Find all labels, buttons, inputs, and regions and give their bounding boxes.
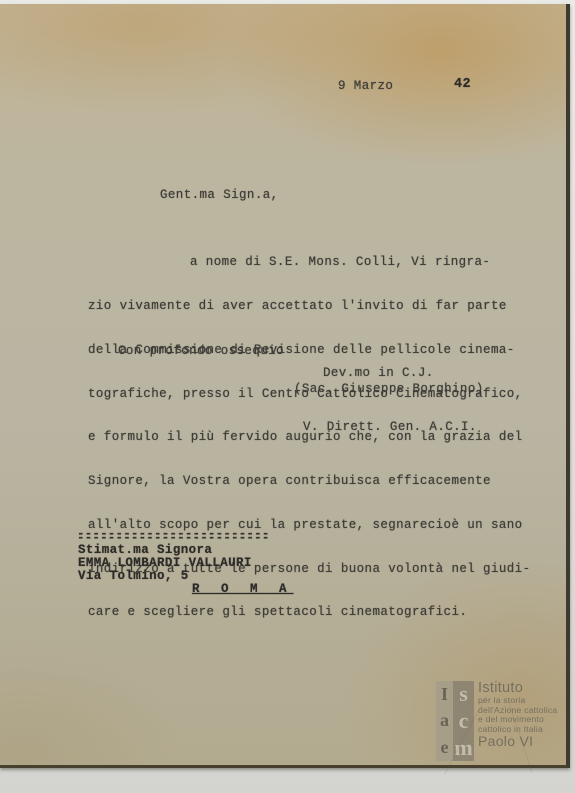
body-line: zio vivamente di aver accettato l'invito… [88, 299, 508, 314]
watermark-text: Istituto per la storia dell'Azione catto… [474, 681, 557, 763]
logo-letter: m [453, 734, 474, 761]
logo-letter: I [436, 681, 453, 708]
archive-page-number: 42 [454, 78, 471, 93]
logo-letter: c [453, 708, 474, 735]
letter-body: a nome di S.E. Mons. Colli, Vi ringra- z… [88, 226, 508, 649]
signature-name: (Sac. Giuseppe Borghino) [294, 382, 484, 397]
typed-divider: ------------------------- [77, 536, 270, 540]
recipient-city: R O M A [192, 582, 294, 597]
letter-date: 9 Marzo [338, 79, 393, 94]
signature-devotion: Dev.mo in C.J. [323, 366, 434, 381]
body-line: Signore, la Vostra opera contribuisca ef… [88, 474, 508, 489]
watermark-footer: Paolo VI [478, 734, 557, 749]
closing-formula: Con profondo ossequio [118, 344, 284, 359]
logo-letter: e [436, 734, 453, 761]
body-line: care e scegliere gli spettacoli cinemato… [88, 605, 508, 620]
watermark-title: Istituto [478, 681, 557, 696]
archive-watermark: I s a c e m Istituto per la storia dell'… [436, 681, 570, 763]
signature-title: V. Dirett. Gen. A.C.I. [303, 420, 477, 435]
body-line: a nome di S.E. Mons. Colli, Vi ringra- [88, 255, 508, 270]
logo-letter: s [453, 681, 474, 708]
logo-letter: a [436, 708, 453, 735]
recipient-street: Via Tolmino, 5 [78, 569, 189, 584]
salutation: Gent.ma Sign.a, [160, 188, 279, 203]
isacem-logo: I s a c e m [436, 681, 474, 761]
scanned-letter-photo: 9 Marzo 42 Gent.ma Sign.a, a nome di S.E… [0, 0, 575, 793]
